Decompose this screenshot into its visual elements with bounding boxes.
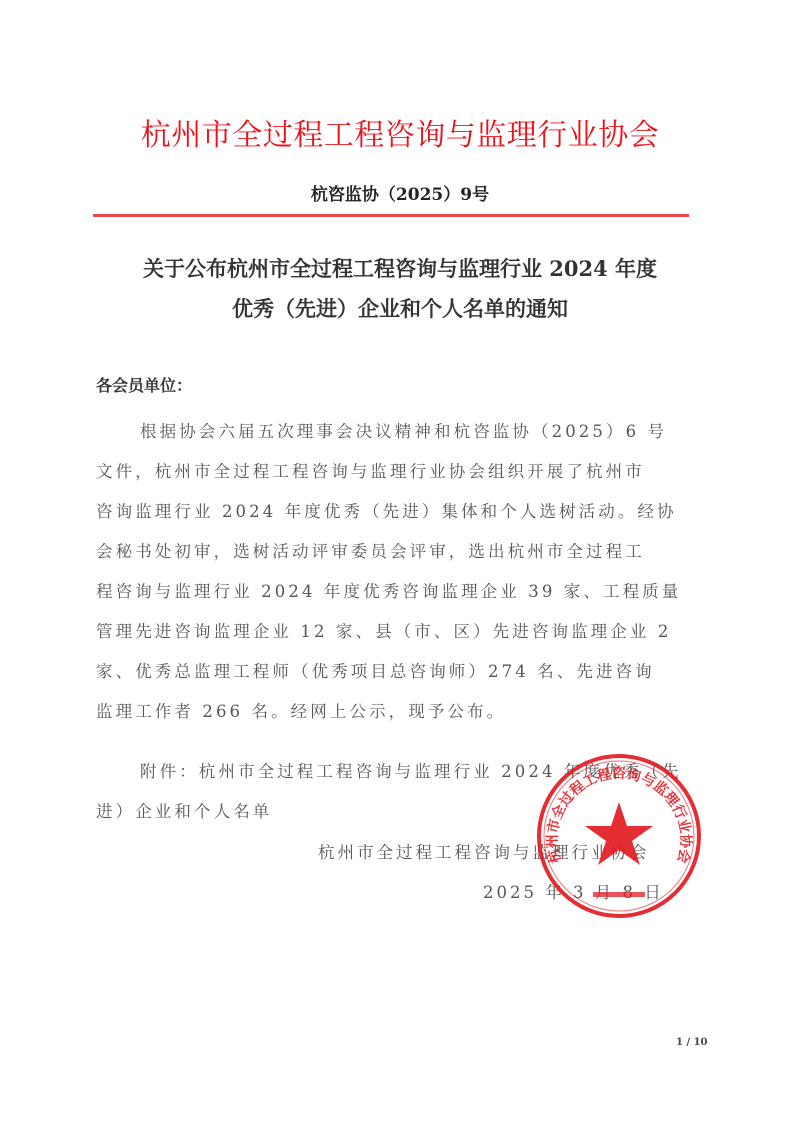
body-line: 文件，杭州市全过程工程咨询与监理行业协会组织开展了杭州市 [96,458,645,482]
document-number: 杭咨监协（2025）9号 [0,180,800,205]
seal-icon: 杭州市全过程工程咨询与监理行业协会 [535,752,703,920]
official-seal: 杭州市全过程工程咨询与监理行业协会 [535,752,703,920]
body-line: 监理工作者 266 名。经网上公示，现予公布。 [96,698,506,722]
body-line: 家、优秀总监理工程师（优秀项目总咨询师）274 名、先进咨询 [96,658,655,682]
attachment-line-2: 进）企业和个人名单 [96,798,272,822]
body-line: 管理先进咨询监理企业 12 家、县（市、区）先进咨询监理企业 2 [96,618,671,642]
red-divider [93,214,689,217]
page-number: 1 / 10 [676,1037,708,1048]
organization-title: 杭州市全过程工程咨询与监理行业协会 [0,110,800,154]
star-icon [585,802,653,865]
notice-title-line-2: 优秀（先进）企业和个人名单的通知 [0,293,800,323]
notice-title-line-1: 关于公布杭州市全过程工程咨询与监理行业 2024 年度 [0,253,800,283]
salutation: 各会员单位： [96,373,192,396]
body-line: 根据协会六届五次理事会决议精神和杭咨监协（2025）6 号 [140,418,667,442]
body-line: 程咨询与监理行业 2024 年度优秀咨询监理企业 39 家、工程质量 [96,578,681,602]
body-line: 会秘书处初审，选树活动评审委员会评审，选出杭州市全过程工 [96,538,645,562]
body-line: 咨询监理行业 2024 年度优秀（先进）集体和个人选树活动。经协 [96,498,677,522]
